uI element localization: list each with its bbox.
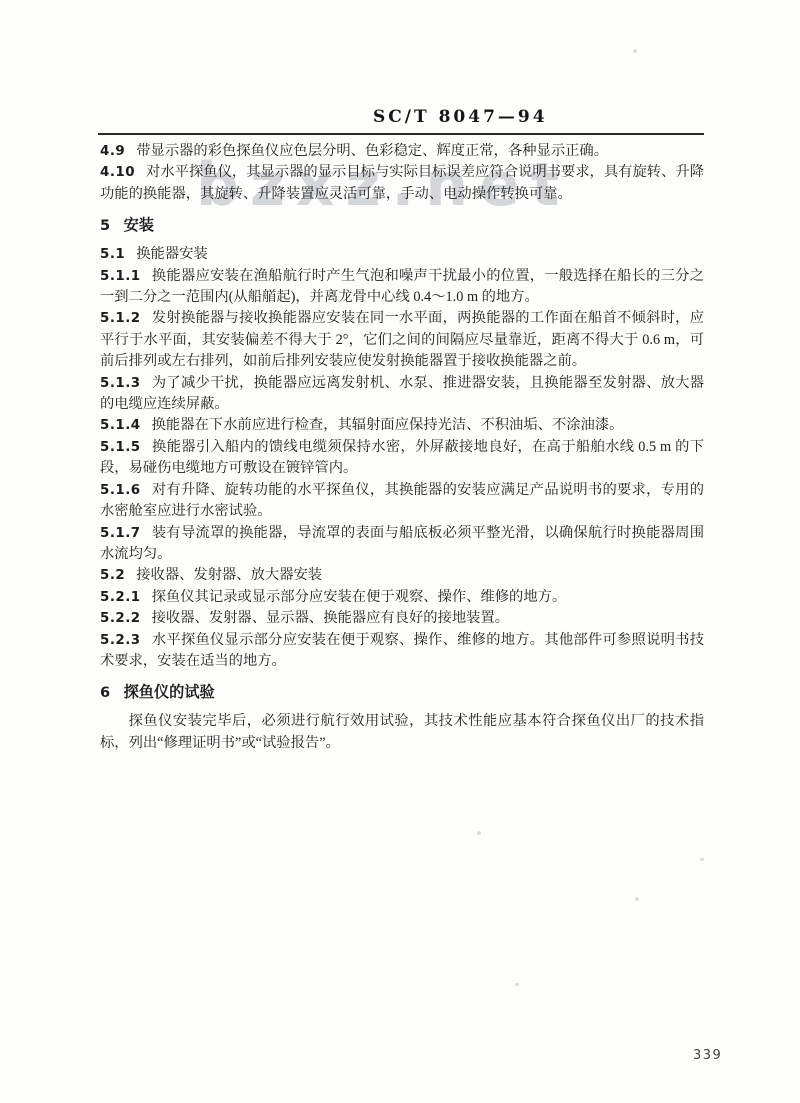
section-heading-5: 5安装 [100, 214, 704, 238]
clause-text: 装有导流罩的换能器，导流罩的表面与船底板必须平整光滑，以确保航行时换能器周围水流… [100, 525, 704, 562]
scan-speck [477, 831, 481, 835]
clause-number: 5.2.1 [100, 590, 141, 605]
clause-5-1-6: 5.1.6对有升降、旋转功能的水平探鱼仪，其换能器的安装应满足产品说明书的要求，… [100, 480, 704, 523]
clause-5-2-2: 5.2.2接收器、发射器、显示器、换能器应有良好的接地装置。 [100, 608, 704, 629]
clause-5-1-4: 5.1.4换能器在下水前应进行检查，其辐射面应保持光洁、不积油垢、不涂油漆。 [100, 415, 704, 436]
clause-text: 对有升降、旋转功能的水平探鱼仪，其换能器的安装应满足产品说明书的要求，专用的水密… [100, 482, 704, 519]
clause-text: 接收器、发射器、放大器安装 [136, 567, 322, 583]
clause-number: 5.1.1 [100, 269, 141, 284]
section-number: 6 [100, 685, 111, 701]
clause-5-2: 5.2接收器、发射器、放大器安装 [100, 565, 704, 586]
clause-text: 带显示器的彩色探鱼仪应色层分明、色彩稳定、辉度正常，各种显示正确。 [136, 143, 608, 159]
scan-speck [633, 49, 637, 53]
header-rule [98, 133, 704, 135]
section-title: 探鱼仪的试验 [124, 684, 215, 701]
clause-text: 探鱼仪安装完毕后，必须进行航行效用试验，其技术性能应基本符合探鱼仪出厂的技术指标… [100, 713, 704, 750]
clause-number: 5.1.4 [100, 418, 141, 433]
clause-5-2-3: 5.2.3水平探鱼仪显示部分应安装在便于观察、操作、维修的地方。其他部件可参照说… [100, 630, 704, 673]
clause-number: 5.1.3 [100, 376, 141, 391]
clause-text: 换能器在下水前应进行检查，其辐射面应保持光洁、不积油垢、不涂油漆。 [152, 417, 624, 433]
clause-4-9: 4.9带显示器的彩色探鱼仪应色层分明、色彩稳定、辉度正常，各种显示正确。 [100, 141, 704, 162]
clause-number: 4.10 [100, 165, 135, 180]
clause-text: 换能器引入船内的馈线电缆须保持水密，外屏蔽接地良好，在高于船舶水线 0.5 m … [100, 439, 704, 476]
clause-number: 5.1.7 [100, 526, 141, 541]
clause-5-1-2: 5.1.2发射换能器与接收换能器应安装在同一水平面，两换能器的工作面在船首不倾斜… [100, 308, 704, 372]
clause-text: 水平探鱼仪显示部分应安装在便于观察、操作、维修的地方。其他部件可参照说明书技术要… [100, 632, 704, 669]
clause-5-1-3: 5.1.3为了减少干扰，换能器应远离发射机、水泵、推进器安装，且换能器至发射器、… [100, 373, 704, 416]
section-6-body: 探鱼仪安装完毕后，必须进行航行效用试验，其技术性能应基本符合探鱼仪出厂的技术指标… [100, 711, 704, 754]
clause-text: 发射换能器与接收换能器应安装在同一水平面，两换能器的工作面在船首不倾斜时，应平行… [100, 310, 704, 369]
clause-number: 5.2.3 [100, 633, 141, 648]
scanned-standard-page: bzxz.net SC/T 8047—94 4.9带显示器的彩色探鱼仪应色层分明… [0, 0, 800, 1103]
clause-4-10: 4.10对水平探鱼仪，其显示器的显示目标与实际目标误差应符合说明书要求，具有旋转… [100, 162, 704, 205]
clause-5-2-1: 5.2.1探鱼仪其记录或显示部分应安装在便于观察、操作、维修的地方。 [100, 587, 704, 608]
scan-speck [515, 983, 519, 986]
clause-text: 换能器应安装在渔船航行时产生气泡和噪声干扰最小的位置，一般选择在船长的三分之一到… [100, 268, 704, 305]
clause-text: 探鱼仪其记录或显示部分应安装在便于观察、操作、维修的地方。 [152, 589, 567, 605]
clause-text: 换能器安装 [136, 246, 207, 262]
page-number: 339 [693, 1048, 722, 1063]
scan-speck [700, 858, 704, 861]
document-body: 4.9带显示器的彩色探鱼仪应色层分明、色彩稳定、辉度正常，各种显示正确。 4.1… [100, 141, 704, 754]
standard-code-header: SC/T 8047—94 [373, 107, 548, 127]
clause-number: 5.1.6 [100, 483, 141, 498]
clause-5-1-7: 5.1.7装有导流罩的换能器，导流罩的表面与船底板必须平整光滑，以确保航行时换能… [100, 523, 704, 566]
section-title: 安装 [124, 217, 154, 234]
clause-5-1: 5.1换能器安装 [100, 244, 704, 265]
clause-5-1-5: 5.1.5换能器引入船内的馈线电缆须保持水密，外屏蔽接地良好，在高于船舶水线 0… [100, 437, 704, 480]
clause-number: 5.1.2 [100, 311, 141, 326]
section-number: 5 [100, 218, 111, 234]
scan-speck [635, 897, 639, 901]
section-heading-6: 6探鱼仪的试验 [100, 681, 704, 705]
clause-number: 4.9 [100, 144, 125, 159]
clause-text: 接收器、发射器、显示器、换能器应有良好的接地装置。 [152, 610, 509, 626]
clause-number: 5.1.5 [100, 440, 141, 455]
clause-text: 为了减少干扰，换能器应远离发射机、水泵、推进器安装，且换能器至发射器、放大器的电… [100, 375, 704, 412]
clause-number: 5.2.2 [100, 611, 141, 626]
clause-number: 5.1 [100, 247, 125, 262]
clause-text: 对水平探鱼仪，其显示器的显示目标与实际目标误差应符合说明书要求，具有旋转、升降功… [100, 164, 704, 201]
clause-number: 5.2 [100, 568, 125, 583]
clause-5-1-1: 5.1.1换能器应安装在渔船航行时产生气泡和噪声干扰最小的位置，一般选择在船长的… [100, 266, 704, 309]
